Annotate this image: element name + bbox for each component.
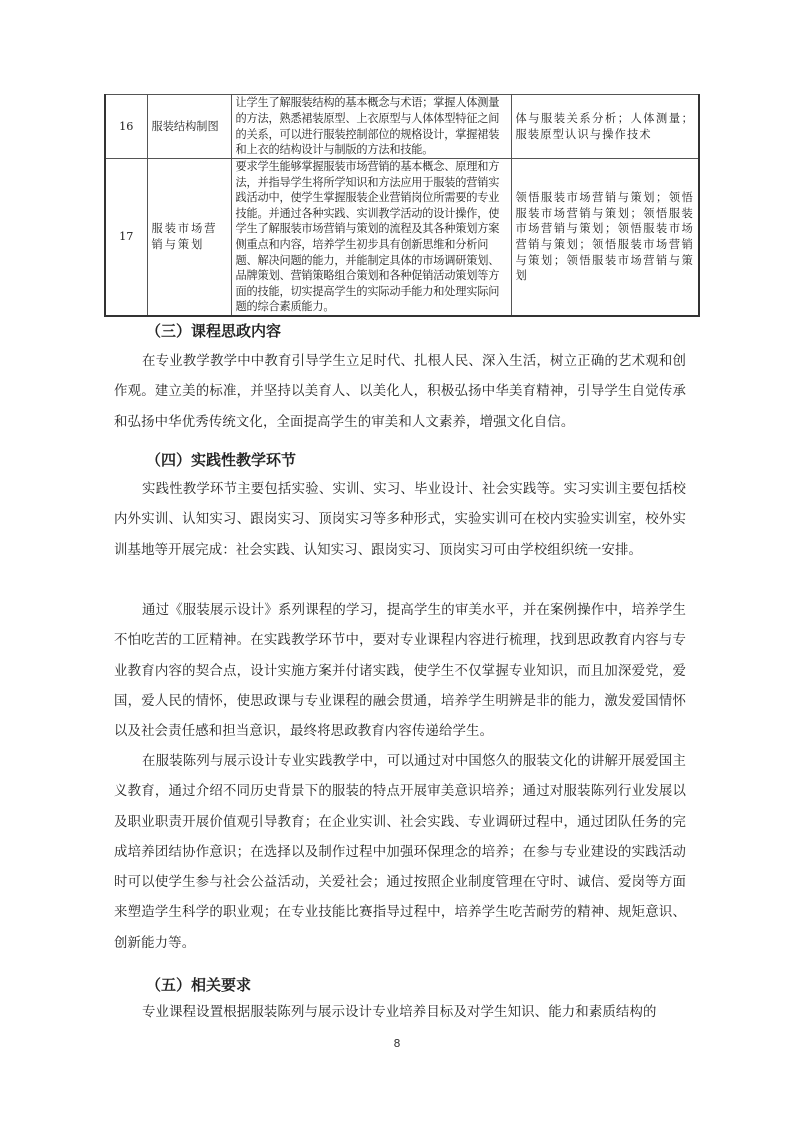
course-name: 服装结构制图	[147, 95, 231, 159]
table-row: 16 服装结构制图 让学生了解服装结构的基本概念与术语；掌握人体测量的方法，熟悉…	[105, 95, 699, 159]
paragraph: 在专业教学教学中中教育引导学生立足时代、扎根人民、深入生活，树立正确的艺术观和创…	[114, 347, 686, 438]
page-number: 8	[0, 1037, 794, 1050]
paragraph: 专业课程设置根据服装陈列与展示设计专业培养目标及对学生知识、能力和素质结构的	[114, 998, 686, 1028]
course-name: 服装市场营销与策划	[147, 159, 231, 316]
course-description: 要求学生能够掌握服装市场营销的基本概念、原理和方法，并指导学生将所学知识和方法应…	[231, 159, 511, 316]
paragraph: 实践性教学环节主要包括实验、实训、实习、毕业设计、社会实践等。实习实训主要包括校…	[114, 475, 686, 566]
document-page: 16 服装结构制图 让学生了解服装结构的基本概念与术语；掌握人体测量的方法，熟悉…	[0, 0, 794, 1123]
course-table: 16 服装结构制图 让学生了解服装结构的基本概念与术语；掌握人体测量的方法，熟悉…	[104, 94, 700, 317]
table-row: 17 服装市场营销与策划 要求学生能够掌握服装市场营销的基本概念、原理和方法，并…	[105, 159, 699, 316]
section-heading-related-requirements: （五）相关要求	[146, 974, 251, 995]
section-heading-practical-teaching: （四）实践性教学环节	[146, 449, 296, 470]
course-number: 16	[105, 95, 147, 159]
section-heading-ideological-content: （三）课程思政内容	[146, 320, 281, 341]
course-focus: 体与服装关系分析；人体测量；服装原型认识与操作技术	[511, 95, 699, 159]
paragraph: 在服装陈列与展示设计专业实践教学中，可以通过对中国悠久的服装文化的讲解开展爱国主…	[114, 747, 686, 959]
course-focus: 领悟服装市场营销与策划；领悟服装市场营销与策划；领悟服装市场营销与策划；领悟服装…	[511, 159, 699, 316]
course-number: 17	[105, 159, 147, 316]
paragraph: 通过《服装展示设计》系列课程的学习，提高学生的审美水平，并在案例操作中，培养学生…	[114, 596, 686, 747]
course-description: 让学生了解服装结构的基本概念与术语；掌握人体测量的方法，熟悉裙装原型、上衣原型与…	[231, 95, 511, 159]
